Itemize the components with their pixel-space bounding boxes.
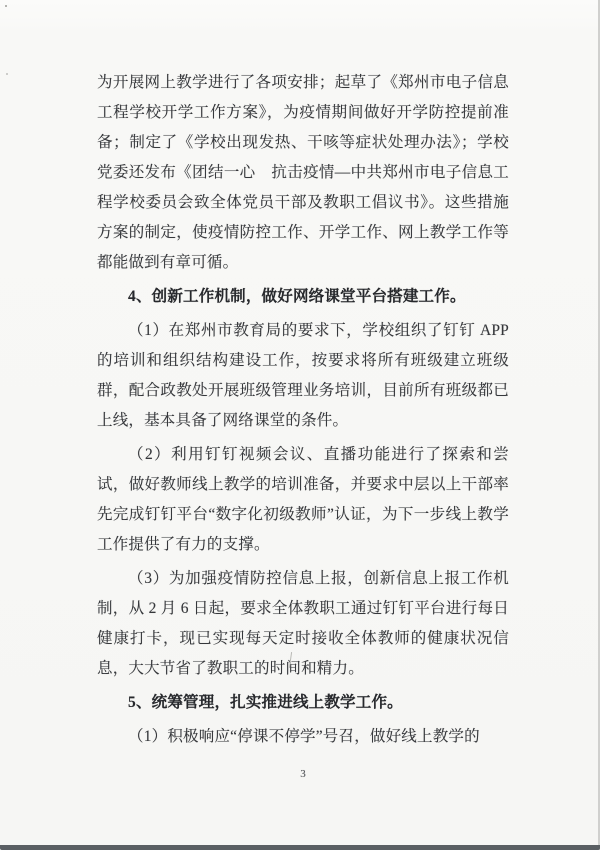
scan-speck — [5, 5, 7, 7]
scan-bottom-edge — [0, 845, 600, 850]
page-number: 3 — [97, 768, 509, 780]
paragraph-4-1: （1）在郑州市教育局的要求下，学校组织了钉钉 APP 的培训和组织结构建设工作，… — [97, 316, 509, 436]
document-page: 为开展网上教学进行了各项安排；起草了《郑州市电子信息工程学校开学工作方案》，为疫… — [0, 0, 600, 850]
paragraph-4-3: （3）为加强疫情防控信息上报，创新信息上报工作机制，从 2 月 6 日起，要求全… — [97, 564, 509, 684]
scan-speck — [6, 73, 8, 75]
document-text: 为开展网上教学进行了各项安排；起草了《郑州市电子信息工程学校开学工作方案》，为疫… — [97, 68, 509, 756]
paragraph-continuation: 为开展网上教学进行了各项安排；起草了《郑州市电子信息工程学校开学工作方案》，为疫… — [97, 68, 509, 278]
section-heading-4: 4、创新工作机制，做好网络课堂平台搭建工作。 — [97, 282, 509, 312]
paragraph-5-1: （1）积极响应“停课不停学”号召，做好线上教学的 — [97, 722, 509, 752]
section-heading-5: 5、统筹管理，扎实推进线上教学工作。 — [97, 688, 509, 718]
paragraph-4-2: （2）利用钉钉视频会议、直播功能进行了探索和尝试，做好教师线上教学的培训准备，并… — [97, 440, 509, 560]
